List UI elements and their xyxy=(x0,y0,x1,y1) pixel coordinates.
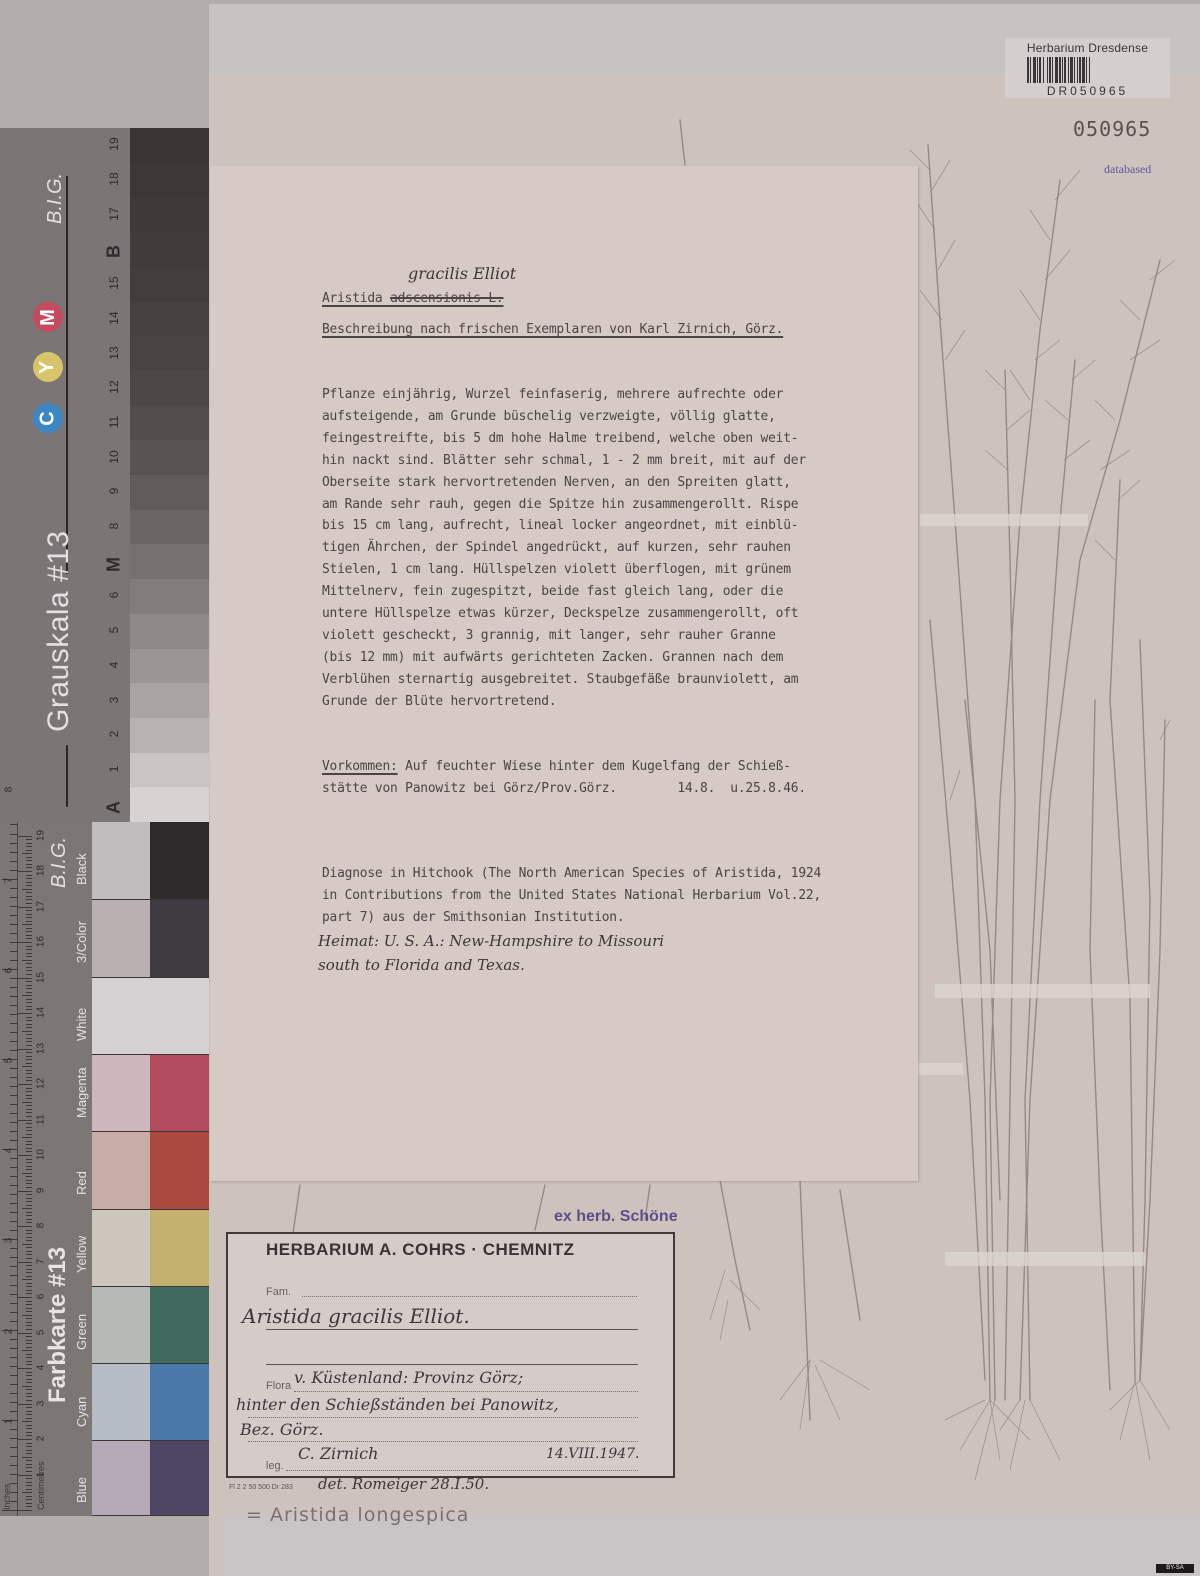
description-line: Grunde der Blüte hervortretend. xyxy=(322,691,556,713)
ruler-tick xyxy=(26,938,32,939)
ruler-tick xyxy=(22,1315,32,1316)
ruler-tick xyxy=(26,974,32,975)
ruler-tick xyxy=(26,892,32,893)
flora-line-1: v. Küstenland: Provinz Görz; xyxy=(294,1368,523,1387)
swatch-label: Green xyxy=(74,1313,89,1349)
swatch-3-color-dark xyxy=(150,900,209,978)
ruler-tick xyxy=(10,1366,18,1367)
ruler-tick xyxy=(22,1173,32,1174)
cm-label: 8 xyxy=(36,1217,47,1235)
ruler-tick xyxy=(26,1471,32,1472)
diagnosis-line: Diagnose in Hitchook (The North American… xyxy=(322,863,821,885)
ruler-tick xyxy=(10,1185,18,1186)
ruler-tick xyxy=(26,1038,32,1039)
ruler-tick xyxy=(26,1080,32,1081)
ruler-tick xyxy=(10,1167,18,1168)
ruler-tick xyxy=(26,910,32,911)
ruler-tick xyxy=(26,1166,32,1167)
cm-label: 9 xyxy=(36,1181,47,1199)
ruler-tick xyxy=(10,1447,18,1448)
grey-scale-patches xyxy=(130,128,209,822)
description-line: Stielen, 1 cm lang. Hüllspelzen violett … xyxy=(322,559,791,581)
ruler-tick xyxy=(26,1169,32,1170)
description-line: untere Hüllspelze etwas kürzer, Deckspel… xyxy=(322,603,798,625)
flora-dotted-line xyxy=(248,1417,638,1418)
ruler-tick xyxy=(26,1159,32,1160)
inch-label: 8 xyxy=(4,781,15,799)
grey-scale-label: 5 xyxy=(107,619,121,641)
ruler-tick xyxy=(26,1134,32,1135)
grey-scale-label: 2 xyxy=(107,723,121,745)
ruler-tick xyxy=(26,1127,32,1128)
ruler-tick xyxy=(26,1482,32,1483)
ruler-tick xyxy=(26,1070,32,1071)
grey-scale-label: 11 xyxy=(107,411,121,433)
cm-label: 15 xyxy=(36,968,47,986)
ruler-tick xyxy=(26,1222,32,1223)
occurrence-line-2: stätte von Panowitz bei Görz/Prov.Görz. … xyxy=(322,778,806,800)
description-line: tigen Ährchen, der Spindel angedrückt, a… xyxy=(322,537,791,559)
grey-scale-label: A xyxy=(104,796,125,818)
ruler-tick xyxy=(18,907,32,908)
ruler-tick xyxy=(26,867,32,868)
grey-scale-label: 3 xyxy=(107,689,121,711)
ruler-tick xyxy=(26,1272,32,1273)
inch-label: 2 xyxy=(4,1322,15,1340)
ruler-tick xyxy=(10,1402,18,1403)
grey-patch xyxy=(130,510,209,545)
ruler-tick xyxy=(26,1045,32,1046)
swatch-magenta-dark xyxy=(150,1055,209,1132)
ruler-tick xyxy=(26,1286,32,1287)
ruler-tick xyxy=(26,1425,32,1426)
grey-patch xyxy=(130,718,209,753)
ruler-tick xyxy=(26,1293,32,1294)
flora-dotted-line xyxy=(294,1391,638,1392)
ruler-tick xyxy=(26,1396,32,1397)
ruler-tick xyxy=(10,1294,18,1295)
collector-name: C. Zirnich xyxy=(298,1444,378,1463)
ruler-tick xyxy=(26,953,32,954)
cm-label: 16 xyxy=(36,933,47,951)
ruler-tick xyxy=(18,942,32,943)
ruler-tick xyxy=(26,949,32,950)
ruler-tick xyxy=(26,1180,32,1181)
flora-line-2: hinter den Schießständen bei Panowitz, xyxy=(236,1395,559,1414)
ruler-tick xyxy=(26,1311,32,1312)
handwritten-range-line: Heimat: U. S. A.: New-Hampshire to Misso… xyxy=(318,932,664,950)
herbarium-label: HERBARIUM A. COHRS · CHEMNITZ Fam. Arist… xyxy=(226,1232,675,1478)
ruler-tick xyxy=(22,1208,32,1209)
handwritten-correction: gracilis Elliot xyxy=(408,264,516,283)
ruler-tick xyxy=(26,1017,32,1018)
description-line: Mittelnerv, fein zugespitzt, beide fast … xyxy=(322,581,783,603)
ruler-tick xyxy=(18,1475,32,1476)
ruler-tick xyxy=(22,1102,32,1103)
ruler-tick xyxy=(26,1088,32,1089)
ruler-tick xyxy=(26,1290,32,1291)
species-line xyxy=(266,1329,638,1330)
ruler-tick xyxy=(18,1191,32,1192)
description-line: aufsteigende, am Grunde büschelig verzwe… xyxy=(322,406,776,428)
ruler-tick xyxy=(26,1059,32,1060)
grey-scale-label: 1 xyxy=(107,758,121,780)
description-line: hin nackt sind. Blätter sehr schmal, 1 -… xyxy=(322,450,806,472)
ruler-tick xyxy=(18,1049,32,1050)
ruler-tick xyxy=(26,1063,32,1064)
ruler-tick xyxy=(26,928,32,929)
ruler-tick xyxy=(10,1303,18,1304)
ruler-tick xyxy=(26,1411,32,1412)
ruler-tick xyxy=(26,860,32,861)
swatch-label: Magenta xyxy=(74,1067,89,1118)
ruler-tick xyxy=(18,1013,32,1014)
ruler-tick xyxy=(26,1144,32,1145)
ruler-tick xyxy=(26,878,32,879)
ruler-tick xyxy=(26,1375,32,1376)
ruler-tick xyxy=(26,1340,32,1341)
ruler-tick xyxy=(10,1194,18,1195)
cm-label: 2 xyxy=(36,1430,47,1448)
ruler-tick xyxy=(26,1357,32,1358)
ruler-tick xyxy=(26,1467,32,1468)
ruler-tick xyxy=(26,850,32,851)
ruler-tick xyxy=(26,1418,32,1419)
grey-patch xyxy=(130,475,209,510)
grey-patch xyxy=(130,544,209,579)
grey-scale-label: B xyxy=(104,241,125,263)
ruler-tick xyxy=(26,1052,32,1053)
ex-herb-stamp: ex herb. Schöne xyxy=(554,1208,678,1226)
centimetres-label: Centimetres xyxy=(36,1461,46,1510)
ruler-tick xyxy=(26,1308,32,1309)
ruler-tick xyxy=(26,1393,32,1394)
swatch-cyan-dark xyxy=(150,1364,209,1441)
ruler-tick xyxy=(26,1389,32,1390)
ruler-tick xyxy=(22,960,32,961)
ruler-tick xyxy=(26,931,32,932)
grey-scale-label: 6 xyxy=(107,584,121,606)
ruler-tick xyxy=(22,1031,32,1032)
ruler-tick xyxy=(26,839,32,840)
ruler-tick xyxy=(26,1148,32,1149)
herbarium-label-title: HERBARIUM A. COHRS · CHEMNITZ xyxy=(266,1240,575,1260)
ruler-tick xyxy=(18,1510,32,1511)
ruler-tick xyxy=(10,852,18,853)
grey-patch xyxy=(130,128,209,163)
ruler-tick xyxy=(10,1032,18,1033)
ruler-tick xyxy=(26,970,32,971)
ruler-tick xyxy=(26,1301,32,1302)
ruler-tick xyxy=(10,987,18,988)
ruler-tick xyxy=(26,1187,32,1188)
ruler-tick xyxy=(10,1465,18,1466)
species-heading: Aristida adscensionis L. xyxy=(322,288,503,310)
grey-patch xyxy=(130,579,209,614)
ruler-tick xyxy=(26,1283,32,1284)
genus-text: Aristida xyxy=(322,291,383,306)
ruler-tick xyxy=(10,834,18,835)
ruler-tick xyxy=(22,1457,32,1458)
divider-line xyxy=(66,745,68,807)
swatch-red-dark xyxy=(150,1132,209,1210)
inch-label: 3 xyxy=(4,1232,15,1250)
ruler-tick xyxy=(22,1350,32,1351)
ruler-tick xyxy=(26,956,32,957)
ruler-tick xyxy=(26,1073,32,1074)
ruler-tick xyxy=(10,933,18,934)
ruler-tick xyxy=(26,1205,32,1206)
ruler-tick xyxy=(26,1361,32,1362)
ruler-tick xyxy=(26,935,32,936)
ruler-tick xyxy=(26,875,32,876)
print-code: Fl 2 2 50 500 Dr 283 xyxy=(229,1484,293,1491)
swatch-label: Red xyxy=(74,1171,89,1195)
ruler-tick xyxy=(22,1279,32,1280)
ruler-tick xyxy=(26,1006,32,1007)
grey-scale-label: 12 xyxy=(107,376,121,398)
ruler-tick xyxy=(26,963,32,964)
ruler-tick xyxy=(10,1312,18,1313)
ruler-tick xyxy=(26,857,32,858)
ruler-tick xyxy=(26,1343,32,1344)
inches-label: Inches xyxy=(2,1483,12,1510)
cm-label: 14 xyxy=(36,1004,47,1022)
species-handwritten: Aristida gracilis Elliot. xyxy=(242,1304,470,1328)
ruler-tick xyxy=(10,1384,18,1385)
ruler-tick xyxy=(26,1322,32,1323)
cm-label: 10 xyxy=(36,1146,47,1164)
ruler-tick xyxy=(26,1336,32,1337)
ruler-tick xyxy=(26,1091,32,1092)
ruler-tick xyxy=(26,1194,32,1195)
diagnosis-line: in Contributions from the United States … xyxy=(322,885,821,907)
grey-scale-label: 4 xyxy=(107,654,121,676)
ruler-tick xyxy=(26,1041,32,1042)
cym-letter: Y xyxy=(37,360,60,373)
ruler-tick xyxy=(26,1506,32,1507)
ruler-tick xyxy=(26,846,32,847)
cm-label: 13 xyxy=(36,1039,47,1057)
ruler-tick xyxy=(26,1460,32,1461)
ruler-tick xyxy=(10,906,18,907)
ruler-tick xyxy=(10,1438,18,1439)
ruler-tick xyxy=(10,1131,18,1132)
ruler-tick xyxy=(26,1428,32,1429)
ruler-tick xyxy=(18,1439,32,1440)
ruler-tick xyxy=(26,1002,32,1003)
description-line: Oberseite stark hervortretenden Nerven, … xyxy=(322,472,791,494)
cm-label: 18 xyxy=(36,862,47,880)
ruler-tick xyxy=(18,836,32,837)
ruler-tick xyxy=(10,1086,18,1087)
cym-letter: M xyxy=(36,309,59,326)
ruler-tick xyxy=(26,1247,32,1248)
ruler-tick xyxy=(22,853,32,854)
flora-line-3: Bez. Görz. xyxy=(240,1420,323,1439)
ruler-tick xyxy=(26,992,32,993)
leg-dotted-line xyxy=(286,1470,638,1471)
ruler-tick xyxy=(26,1329,32,1330)
ruler-tick xyxy=(26,1176,32,1177)
ruler-tick xyxy=(10,1275,18,1276)
ruler-tick xyxy=(26,1095,32,1096)
ruler-tick xyxy=(26,1112,32,1113)
ruler-tick xyxy=(10,942,18,943)
institution-name: Herbarium Dresdense xyxy=(1005,41,1170,55)
inch-label: 6 xyxy=(4,961,15,979)
ruler-tick xyxy=(26,1496,32,1497)
ruler-tick xyxy=(26,921,32,922)
color-card-brand: B.I.G. xyxy=(48,837,71,888)
ruler-tick xyxy=(18,1226,32,1227)
inch-label: 7 xyxy=(4,871,15,889)
ruler-tick xyxy=(22,889,32,890)
ruler-tick xyxy=(26,1141,32,1142)
ruler-tick xyxy=(26,917,32,918)
ruler-tick xyxy=(18,978,32,979)
cm-label: 17 xyxy=(36,897,47,915)
grey-scale-label: 18 xyxy=(107,168,121,190)
swatch-label: Blue xyxy=(74,1476,89,1502)
swatch-label: Black xyxy=(74,853,89,885)
ruler-tick xyxy=(26,1432,32,1433)
ruler-tick xyxy=(26,1453,32,1454)
ruler-tick xyxy=(10,1113,18,1114)
ruler-tick xyxy=(18,1297,32,1298)
ruler-tick xyxy=(10,951,18,952)
ruler-tick xyxy=(18,871,32,872)
mounting-tape xyxy=(918,1063,963,1075)
swatch-label: Cyan xyxy=(74,1396,89,1426)
ruler-tick xyxy=(26,1233,32,1234)
ruler-tick xyxy=(18,1084,32,1085)
ruler-tick xyxy=(26,1219,32,1220)
ruler-tick xyxy=(26,1034,32,1035)
ruler-tick xyxy=(10,1285,18,1286)
ruler-tick xyxy=(26,1240,32,1241)
barcode-number: DR050965 xyxy=(1005,84,1170,98)
ruler-tick xyxy=(26,1109,32,1110)
ruler-tick xyxy=(26,1382,32,1383)
inch-label: 1 xyxy=(4,1412,15,1430)
ruler-tick xyxy=(26,1489,32,1490)
ruler-tick xyxy=(18,1404,32,1405)
ruler-tick xyxy=(26,1435,32,1436)
ruler-tick xyxy=(26,1116,32,1117)
ruler-tick xyxy=(26,946,32,947)
ruler-tick xyxy=(26,885,32,886)
grey-patch xyxy=(130,649,209,684)
description-line: (bis 12 mm) mit aufwärts gerichteten Zac… xyxy=(322,647,783,669)
ruler-tick xyxy=(26,1198,32,1199)
inch-ruler: 12345678 xyxy=(0,822,18,1516)
struck-epithet: adscensionis L. xyxy=(390,291,503,306)
ruler-tick xyxy=(10,1266,18,1267)
ruler-tick xyxy=(26,1130,32,1131)
grey-patch xyxy=(130,406,209,441)
grey-patch xyxy=(130,683,209,718)
occurrence-text: Auf feuchter Wiese hinter dem Kugelfang … xyxy=(398,759,791,774)
collection-date: 14.VIII.1947. xyxy=(546,1446,640,1462)
grey-scale-label: 9 xyxy=(107,480,121,502)
ruler-tick xyxy=(10,996,18,997)
ruler-tick xyxy=(22,995,32,996)
ruler-tick xyxy=(10,1122,18,1123)
grey-patch xyxy=(130,232,209,267)
ruler-tick xyxy=(26,903,32,904)
ruler-tick xyxy=(26,1254,32,1255)
ruler-tick xyxy=(26,1485,32,1486)
leg-label: leg. xyxy=(266,1460,284,1472)
ruler-tick xyxy=(10,1357,18,1358)
ruler-tick xyxy=(10,1023,18,1024)
flora-dotted-line xyxy=(248,1441,638,1442)
ruler-tick xyxy=(10,824,18,825)
swatch-yellow-dark xyxy=(150,1210,209,1287)
ruler-tick xyxy=(26,1379,32,1380)
cym-dot-c: C xyxy=(33,403,63,433)
ruler-tick xyxy=(26,1443,32,1444)
color-card-title: Farbkarte #13 xyxy=(44,1247,72,1403)
mounting-tape xyxy=(935,984,1150,998)
ruler-tick xyxy=(10,1005,18,1006)
family-label: Fam. xyxy=(266,1286,291,1298)
grey-patch xyxy=(130,440,209,475)
ruler-tick xyxy=(26,882,32,883)
description-line: bis 15 cm lang, aufrecht, lineal locker … xyxy=(322,515,798,537)
ruler-tick xyxy=(10,1221,18,1222)
ruler-tick xyxy=(26,981,32,982)
ruler-tick xyxy=(26,1009,32,1010)
ruler-tick xyxy=(26,985,32,986)
ruler-tick xyxy=(10,1375,18,1376)
ruler-tick xyxy=(10,1104,18,1105)
ruler-tick xyxy=(22,1386,32,1387)
ruler-tick xyxy=(26,1098,32,1099)
accession-number-stamp: 050965 xyxy=(1073,117,1151,141)
swatch-cyan-light xyxy=(92,1364,150,1441)
ruler-tick xyxy=(26,1325,32,1326)
grey-patch xyxy=(130,267,209,302)
ruler-tick xyxy=(26,967,32,968)
barcode-label: Herbarium Dresdense DR050965 xyxy=(1005,38,1170,98)
blank-line xyxy=(266,1364,638,1365)
ruler-tick xyxy=(26,999,32,1000)
ruler-tick xyxy=(26,1446,32,1447)
ruler-tick xyxy=(26,1237,32,1238)
description-sheet: gracilis Elliot Aristida adscensionis L.… xyxy=(210,166,918,1181)
ruler-tick xyxy=(26,914,32,915)
ruler-tick xyxy=(10,915,18,916)
ruler-tick xyxy=(26,1212,32,1213)
grey-scale-label: 10 xyxy=(107,446,121,468)
cym-dot-m: M xyxy=(33,302,63,332)
mounting-tape xyxy=(945,1252,1145,1266)
ruler-tick xyxy=(22,1244,32,1245)
description-line: am Rande sehr rauh, gegen die Spitze hin… xyxy=(322,494,798,516)
swatch-green-light xyxy=(92,1287,150,1364)
grey-scale-brand: B.I.G. xyxy=(44,173,67,224)
grey-patch xyxy=(130,163,209,198)
divider-line xyxy=(66,176,68,574)
ruler-tick xyxy=(10,870,18,871)
description-line: Pflanze einjährig, Wurzel feinfaserig, m… xyxy=(322,384,783,406)
cm-label: 11 xyxy=(36,1110,47,1128)
ruler-tick xyxy=(10,1014,18,1015)
ruler-tick xyxy=(26,988,32,989)
swatch-label: 3/Color xyxy=(74,921,89,963)
